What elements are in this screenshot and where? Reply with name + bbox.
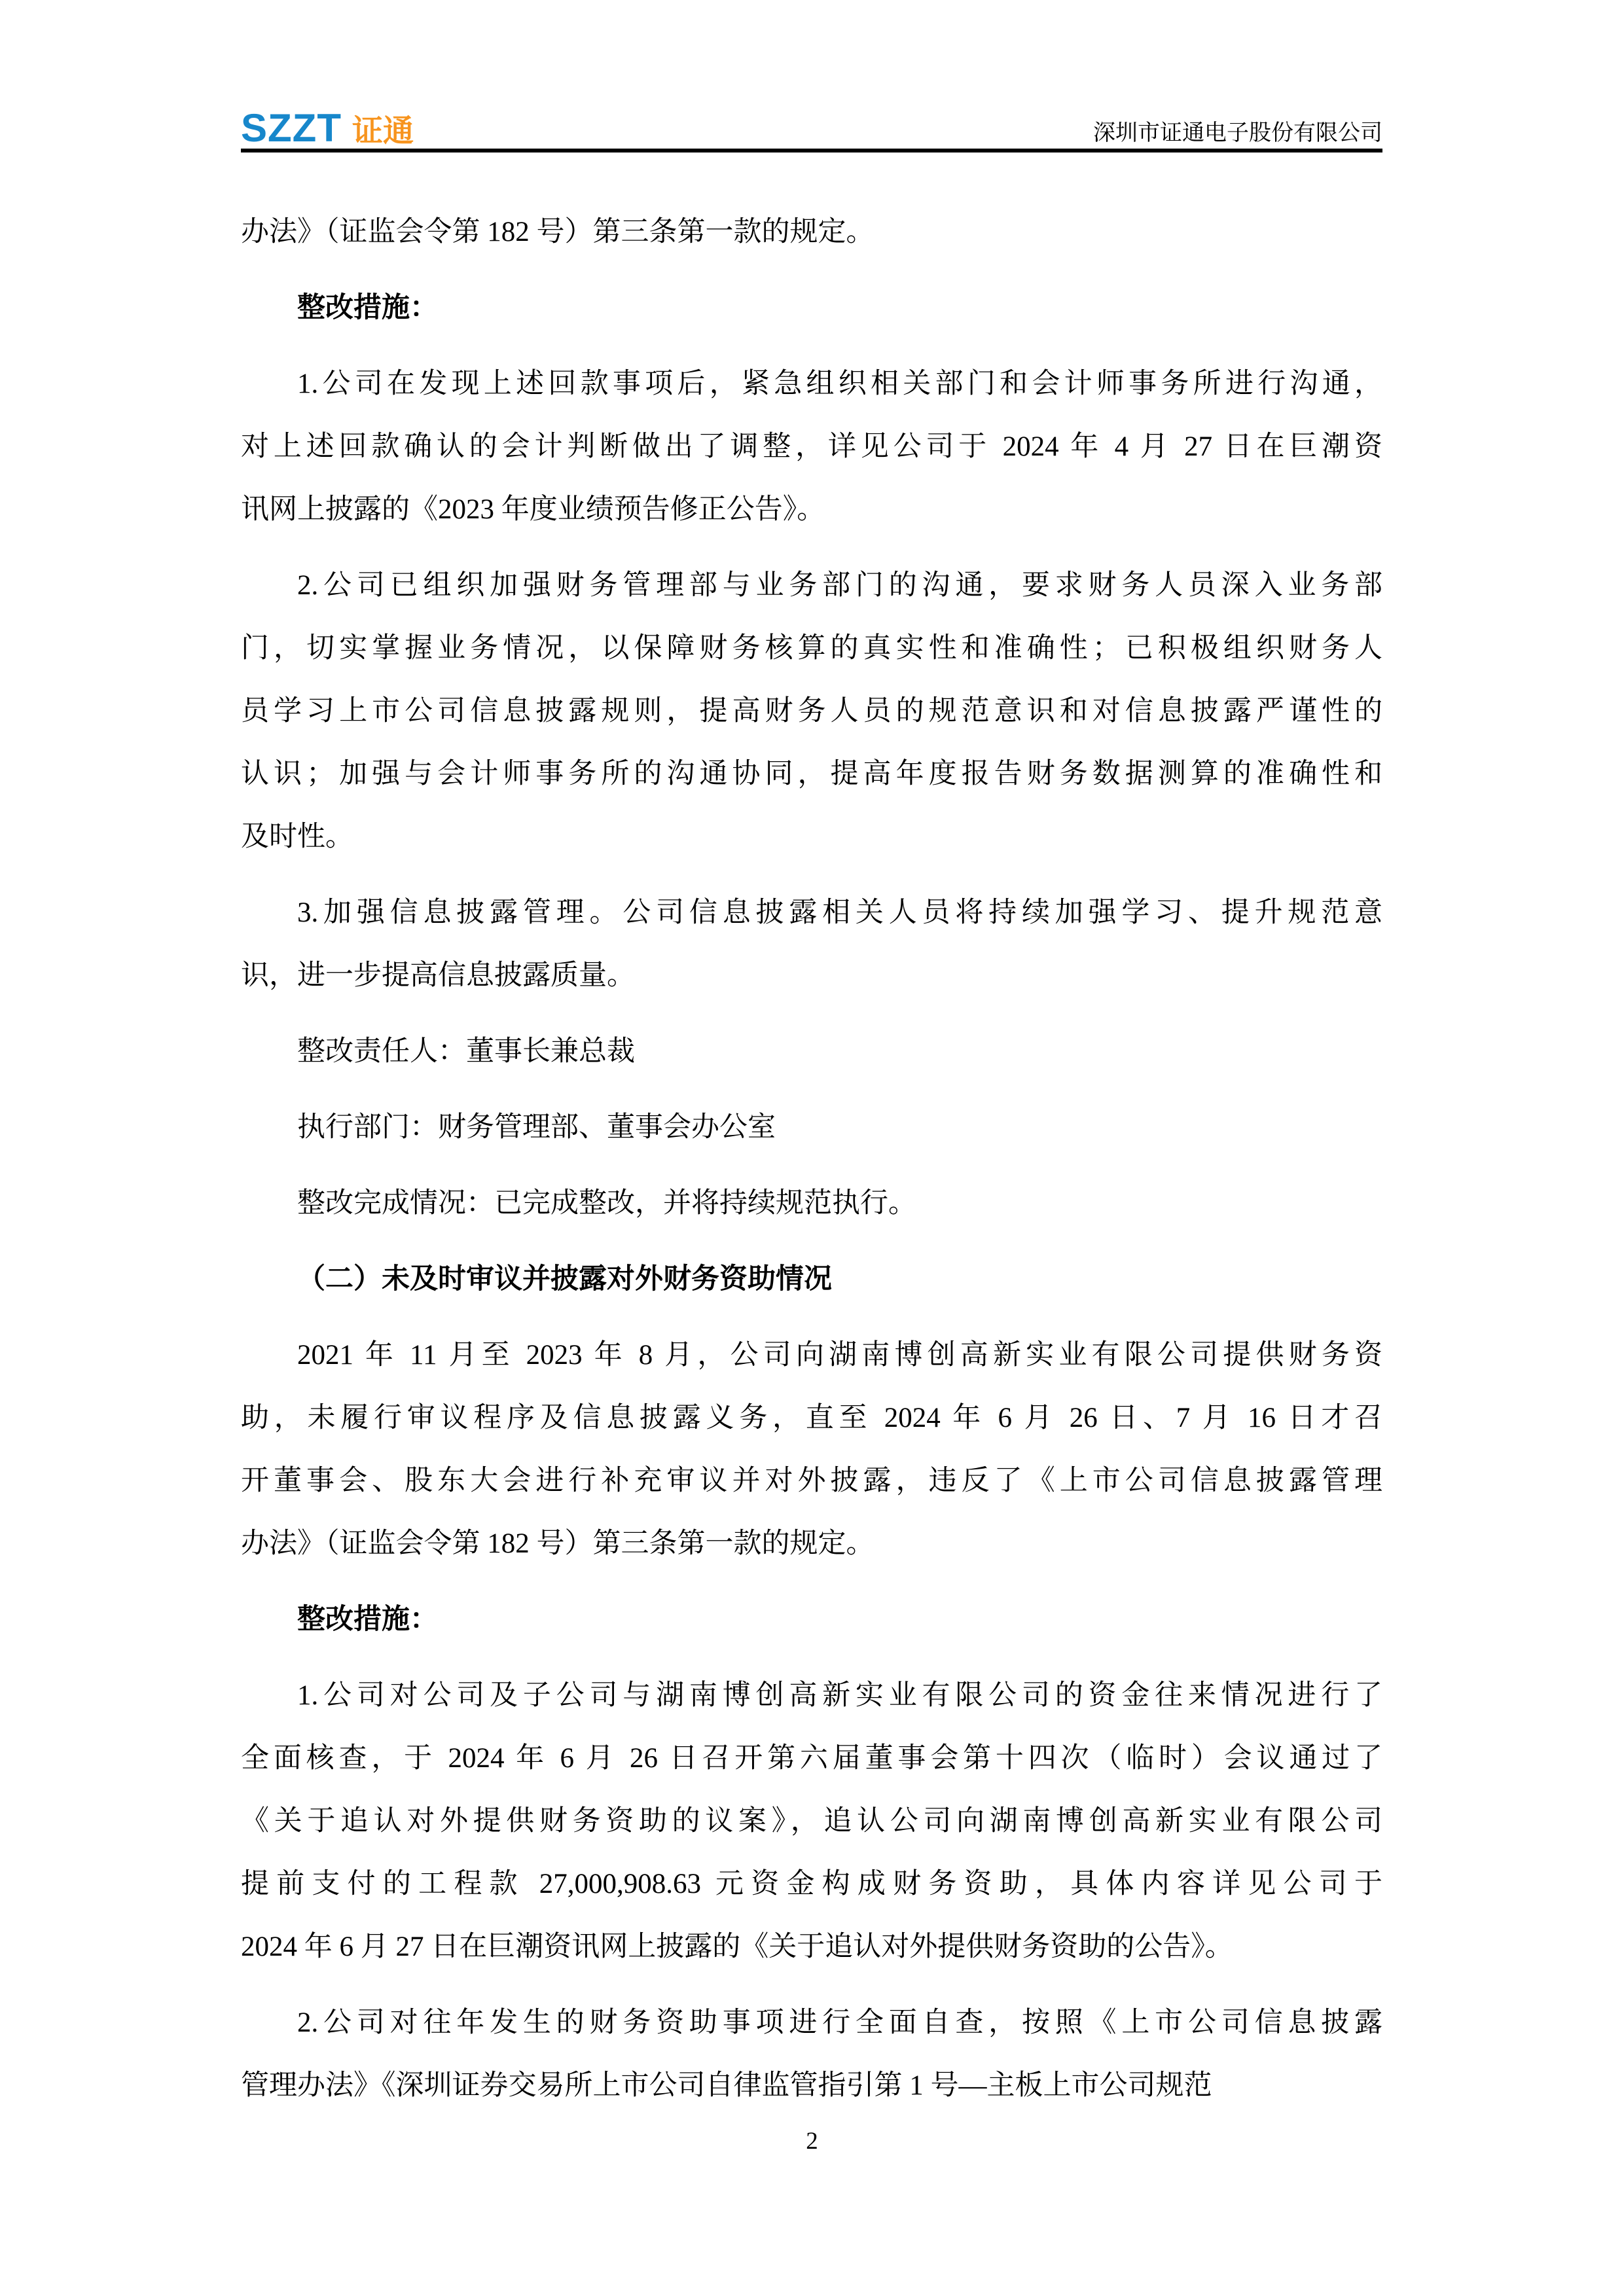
text-line: 整改措施：: [241, 1588, 1382, 1651]
text-line: 助，未履行审议程序及信息披露义务，直至 2024 年 6 月 26 日、7 月 …: [241, 1387, 1382, 1450]
text-line: 1.公司对公司及子公司与湖南博创高新实业有限公司的资金往来情况进行了: [241, 1664, 1382, 1727]
text-line: 办法》（证监会令第 182 号）第三条第一款的规定。: [241, 1513, 1382, 1575]
logo-szzt-text: SZZT: [241, 109, 342, 148]
page-header: SZZT 证通 深圳市证通电子股份有限公司: [241, 110, 1382, 148]
text-line: 1.公司在发现上述回款事项后，紧急组织相关部门和会计师事务所进行沟通，: [241, 353, 1382, 416]
text-line: 认识；加强与会计师事务所的沟通协同，提高年度报告财务数据测算的准确性和: [241, 743, 1382, 806]
text-line: 门，切实掌握业务情况，以保障财务核算的真实性和准确性；已积极组织财务人: [241, 617, 1382, 680]
section-subheading: 整改措施：: [241, 277, 1382, 340]
document-body: 办法》（证监会令第 182 号）第三条第一款的规定。整改措施：1.公司在发现上述…: [241, 201, 1382, 2117]
text-line: 讯网上披露的《2023 年度业绩预告修正公告》。: [241, 478, 1382, 541]
text-line: 2021 年 11 月至 2023 年 8 月，公司向湖南博创高新实业有限公司提…: [241, 1324, 1382, 1387]
text-line: 整改责任人：董事长兼总裁: [241, 1020, 1382, 1083]
text-line: 及时性。: [241, 806, 1382, 869]
logo-zhengtong-text: 证通: [352, 115, 414, 146]
text-line: 开董事会、股东大会进行补充审议并对外披露，违反了《上市公司信息披露管理: [241, 1450, 1382, 1513]
paragraph: 2021 年 11 月至 2023 年 8 月，公司向湖南博创高新实业有限公司提…: [241, 1324, 1382, 1575]
text-line: 2.公司对往年发生的财务资助事项进行全面自查，按照《上市公司信息披露: [241, 1992, 1382, 2054]
company-name: 深圳市证通电子股份有限公司: [1093, 121, 1382, 148]
text-line: 办法》（证监会令第 182 号）第三条第一款的规定。: [241, 201, 1382, 264]
paragraph: 整改责任人：董事长兼总裁: [241, 1020, 1382, 1083]
paragraph: 整改完成情况：已完成整改，并将持续规范执行。: [241, 1172, 1382, 1235]
text-line: 2.公司已组织加强财务管理部与业务部门的沟通，要求财务人员深入业务部: [241, 554, 1382, 617]
company-logo: SZZT 证通: [241, 109, 414, 148]
text-line: 对上述回款确认的会计判断做出了调整，详见公司于 2024 年 4 月 27 日在…: [241, 416, 1382, 478]
paragraph: 执行部门：财务管理部、董事会办公室: [241, 1096, 1382, 1159]
text-line: 执行部门：财务管理部、董事会办公室: [241, 1096, 1382, 1159]
text-line: 整改措施：: [241, 277, 1382, 340]
text-line: 3.加强信息披露管理。公司信息披露相关人员将持续加强学习、提升规范意: [241, 882, 1382, 944]
page-footer: 2: [0, 2126, 1624, 2157]
paragraph: 1.公司对公司及子公司与湖南博创高新实业有限公司的资金往来情况进行了全面核查，于…: [241, 1664, 1382, 1979]
text-line: 全面核查，于 2024 年 6 月 26 日召开第六届董事会第十四次（临时）会议…: [241, 1727, 1382, 1790]
paragraph: 办法》（证监会令第 182 号）第三条第一款的规定。: [241, 201, 1382, 264]
text-line: 整改完成情况：已完成整改，并将持续规范执行。: [241, 1172, 1382, 1235]
header-divider: [241, 149, 1382, 152]
paragraph: 2.公司对往年发生的财务资助事项进行全面自查，按照《上市公司信息披露管理办法》《…: [241, 1992, 1382, 2117]
paragraph: 2.公司已组织加强财务管理部与业务部门的沟通，要求财务人员深入业务部门，切实掌握…: [241, 554, 1382, 869]
text-line: 2024 年 6 月 27 日在巨潮资讯网上披露的《关于追认对外提供财务资助的公…: [241, 1916, 1382, 1979]
section-subheading: （二）未及时审议并披露对外财务资助情况: [241, 1248, 1382, 1311]
section-subheading: 整改措施：: [241, 1588, 1382, 1651]
text-line: 《关于追认对外提供财务资助的议案》，追认公司向湖南博创高新实业有限公司: [241, 1790, 1382, 1853]
text-line: 提前支付的工程款 27,000,908.63 元资金构成财务资助，具体内容详见公…: [241, 1853, 1382, 1916]
paragraph: 1.公司在发现上述回款事项后，紧急组织相关部门和会计师事务所进行沟通，对上述回款…: [241, 353, 1382, 541]
page-number: 2: [806, 2128, 818, 2155]
paragraph: 3.加强信息披露管理。公司信息披露相关人员将持续加强学习、提升规范意识，进一步提…: [241, 882, 1382, 1007]
text-line: （二）未及时审议并披露对外财务资助情况: [241, 1248, 1382, 1311]
text-line: 识，进一步提高信息披露质量。: [241, 944, 1382, 1007]
text-line: 员学习上市公司信息披露规则，提高财务人员的规范意识和对信息披露严谨性的: [241, 680, 1382, 743]
text-line: 管理办法》《深圳证券交易所上市公司自律监管指引第 1 号—主板上市公司规范: [241, 2054, 1382, 2117]
